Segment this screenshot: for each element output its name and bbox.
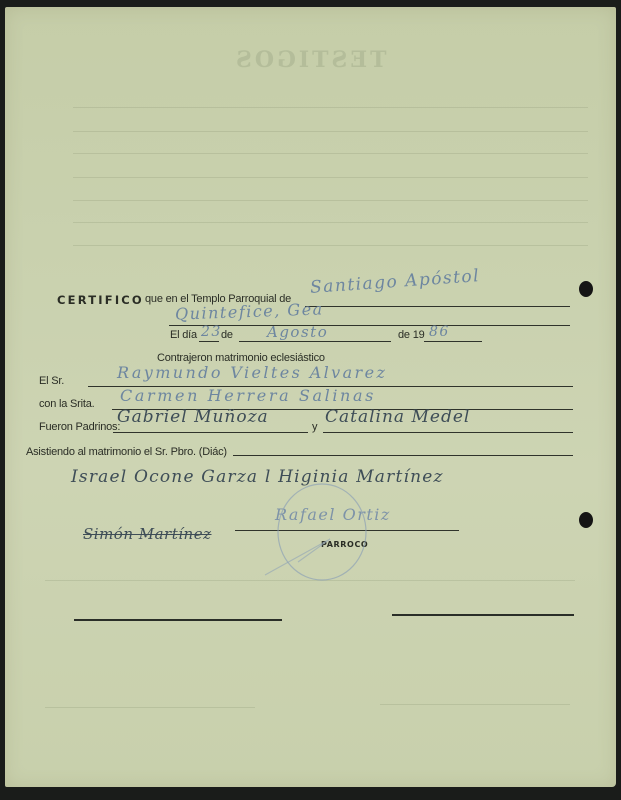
de-label: de [221,329,233,341]
asistiendo-label: Asistiendo al matrimonio el Sr. Pbro. (D… [26,446,227,458]
certificate-page: TESTIGOS CERTIFICO que en el Templo Parr… [5,7,616,787]
padrino-line [113,432,308,433]
anio-label: de 19 [398,329,425,341]
madrina-value[interactable]: Catalina Medel [325,407,470,427]
sr-value[interactable]: Raymundo Vieltes Alvarez [117,363,387,382]
mes-line [239,341,391,342]
madrina-line [323,432,573,433]
punch-hole-bottom [579,512,593,528]
bleed-line [73,177,588,178]
anio-line [424,341,482,342]
bleed-through-title: TESTIGOS [233,47,387,73]
templo-value[interactable]: Santiago Apóstol [310,266,481,298]
padrino-value[interactable]: Gabriel Muñoza [117,407,269,427]
sr-label: El Sr. [39,375,64,387]
anio-value[interactable]: 86 [429,324,450,340]
bleed-line [73,153,588,154]
srita-value[interactable]: Carmen Herrera Salinas [120,386,376,405]
asistiendo-value[interactable]: Israel Ocone Garza l Higinia Martínez [71,467,444,487]
templo-line-2 [169,325,570,326]
bleed-line [73,222,588,223]
bleed-line [73,200,588,201]
y-label: y [312,421,317,433]
asistiendo-line [233,455,573,456]
dia-value[interactable]: 23 [201,324,222,340]
bleed-line [45,707,255,708]
templo-line [305,306,570,307]
bleed-line [73,107,588,108]
templo-value-2[interactable]: Quintefice, Gea [175,299,324,323]
bleed-line [380,704,570,705]
padrinos-label: Fueron Padrinos: [39,421,120,433]
dia-label: El día [170,329,197,341]
punch-hole-top [579,281,593,297]
certifico-heading: CERTIFICO [57,293,144,307]
signature-line-right [392,614,574,616]
bleed-line [73,131,588,132]
parish-seal-stamp [260,477,370,587]
mes-value[interactable]: Agosto [267,323,328,341]
signature-left: Simón Martínez [83,525,212,543]
dia-line [199,341,219,342]
bleed-line [73,245,588,246]
signature-line-left [74,619,282,621]
srita-label: con la Srita. [39,398,94,410]
